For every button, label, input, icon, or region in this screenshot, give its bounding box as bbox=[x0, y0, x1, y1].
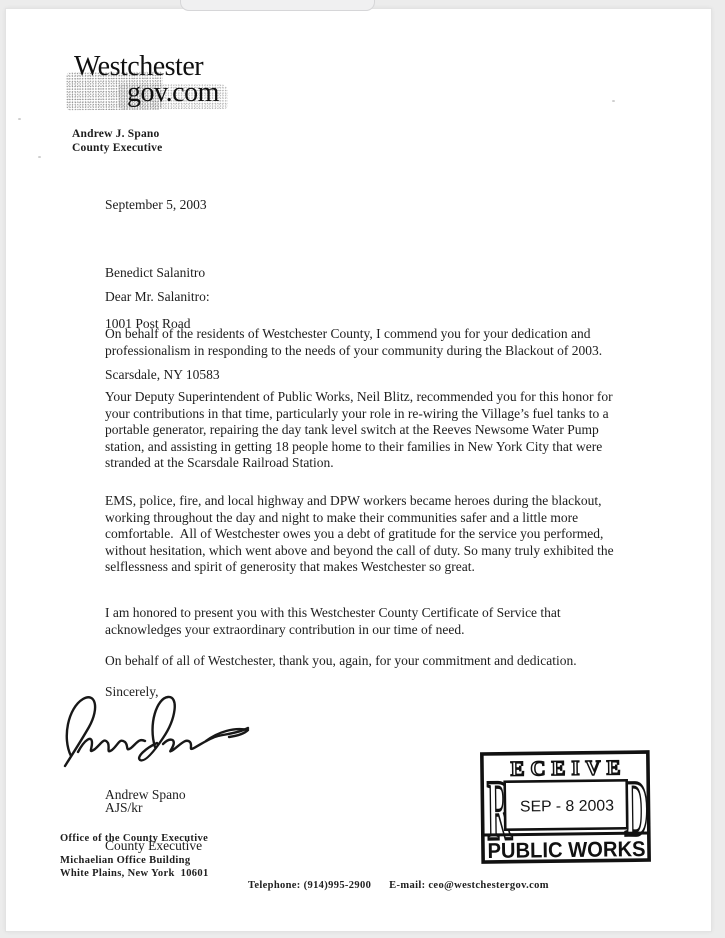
stamp-letters-eceive: ECEIVE bbox=[510, 755, 620, 780]
letter-paragraph: I am honored to present you with this We… bbox=[105, 605, 627, 638]
received-stamp: R D ECEIVE SEP - 8 2003 PUBLIC WORKS bbox=[479, 749, 652, 867]
handwritten-signature bbox=[58, 692, 258, 770]
footer-building: Michaelian Office Building bbox=[60, 855, 190, 866]
letter-paragraph: EMS, police, fire, and local highway and… bbox=[105, 493, 627, 576]
recipient-city: Scarsdale, NY 10583 bbox=[105, 366, 220, 383]
scan-speck bbox=[612, 100, 615, 102]
scan-speck bbox=[38, 156, 41, 158]
letter-paragraph: Your Deputy Superintendent of Public Wor… bbox=[105, 389, 627, 472]
footer-city: White Plains, New York 10601 bbox=[60, 868, 209, 879]
letterhead-official-block: Andrew J. Spano County Executive bbox=[72, 128, 162, 155]
stamp-divider-line bbox=[483, 833, 649, 835]
letter-paragraph: On behalf of all of Westchester, thank y… bbox=[105, 653, 627, 670]
footer-office: Office of the County Executive bbox=[60, 833, 208, 844]
official-title: County Executive bbox=[72, 142, 162, 156]
recipient-address: Benedict Salanitro 1001 Post Road Scarsd… bbox=[105, 230, 220, 400]
letter-paragraph: On behalf of the residents of Westcheste… bbox=[105, 326, 627, 359]
salutation: Dear Mr. Salanitro: bbox=[105, 289, 210, 306]
scan-speck bbox=[18, 118, 21, 120]
stamp-department: PUBLIC WORKS bbox=[487, 837, 645, 863]
footer-contact: Telephone: (914)995-2900E-mail: ceo@west… bbox=[242, 869, 549, 891]
footer-email: E-mail: ceo@westchestergov.com bbox=[389, 880, 549, 891]
letter-date: September 5, 2003 bbox=[105, 197, 207, 214]
logo-govcom: gov.com bbox=[127, 77, 219, 109]
viewer-toolbar-tab[interactable] bbox=[180, 0, 375, 11]
reference-initials: AJS/kr bbox=[105, 800, 143, 817]
recipient-name: Benedict Salanitro bbox=[105, 264, 220, 281]
stamp-date: SEP - 8 2003 bbox=[520, 797, 614, 815]
footer-telephone: Telephone: (914)995-2900 bbox=[248, 880, 371, 891]
official-name: Andrew J. Spano bbox=[72, 128, 162, 142]
